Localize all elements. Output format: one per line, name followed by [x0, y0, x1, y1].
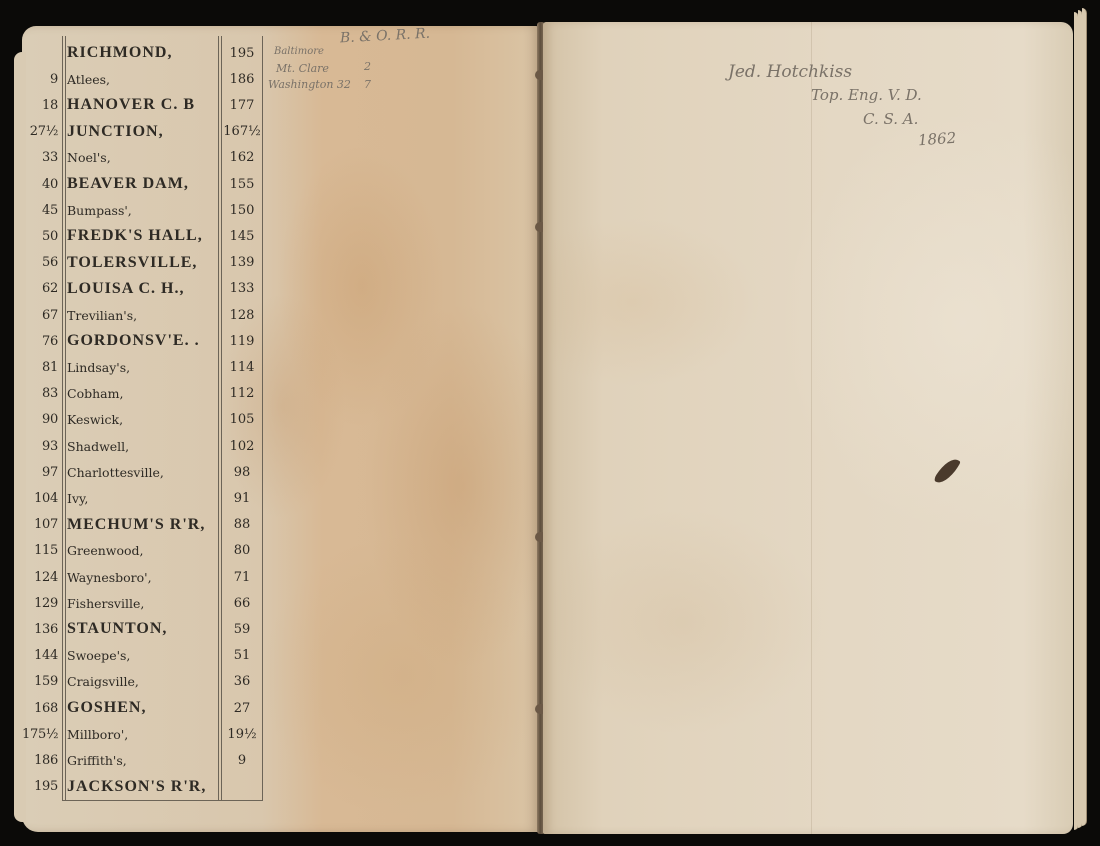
miles-to-terminus: 112: [222, 386, 262, 401]
miles-to-terminus: 128: [222, 308, 262, 323]
miles-from-richmond: 175½: [22, 727, 58, 742]
station-name: MECHUM'S R'R,: [67, 516, 217, 534]
station-name: HANOVER C. B: [67, 96, 217, 114]
table-bottom-rule: [62, 800, 263, 801]
timetable-row: 76GORDONSV'E. .119: [22, 328, 264, 354]
miles-from-richmond: 107: [22, 517, 58, 532]
station-name: Atlees,: [67, 72, 217, 87]
miles-to-terminus: 51: [222, 648, 262, 663]
miles-to-terminus: 71: [222, 570, 262, 585]
timetable-row: 62LOUISA C. H.,133: [22, 276, 264, 302]
handwritten-value: 7: [364, 78, 371, 91]
timetable-row: 115Greenwood,80: [22, 538, 264, 564]
left-page: RICHMOND,1959Atlees,18618HANOVER C. B177…: [22, 26, 540, 832]
station-name: Greenwood,: [67, 543, 217, 558]
miles-from-richmond: 93: [22, 439, 58, 454]
inscription-title: Top. Eng. V. D.: [811, 86, 922, 104]
timetable-row: 124Waynesboro',71: [22, 564, 264, 590]
miles-to-terminus: 88: [222, 517, 262, 532]
miles-from-richmond: 124: [22, 570, 58, 585]
miles-to-terminus: 102: [222, 439, 262, 454]
timetable-row: 50FREDK'S HALL,145: [22, 223, 264, 249]
miles-from-richmond: 115: [22, 543, 58, 558]
timetable-row: 27½JUNCTION,167½: [22, 119, 264, 145]
miles-to-terminus: 19½: [222, 727, 262, 742]
station-name: Trevilian's,: [67, 308, 217, 323]
station-name: FREDK'S HALL,: [67, 227, 217, 245]
miles-to-terminus: 91: [222, 491, 262, 506]
miles-from-richmond: 45: [22, 203, 58, 218]
miles-to-terminus: 98: [222, 465, 262, 480]
station-name: GORDONSV'E. .: [67, 332, 217, 350]
station-name: Waynesboro',: [67, 570, 217, 585]
inscription-affiliation: C. S. A.: [863, 110, 918, 128]
miles-from-richmond: 9: [22, 72, 58, 87]
timetable-row: 97Charlottesville,98: [22, 459, 264, 485]
miles-from-richmond: 97: [22, 465, 58, 480]
station-name: Shadwell,: [67, 439, 217, 454]
miles-to-terminus: 66: [222, 596, 262, 611]
miles-to-terminus: 133: [222, 281, 262, 296]
timetable-row: 40BEAVER DAM,155: [22, 171, 264, 197]
handwritten-line: Mt. Clare: [276, 62, 329, 75]
miles-from-richmond: 62: [22, 281, 58, 296]
station-name: Keswick,: [67, 412, 217, 427]
miles-from-richmond: 56: [22, 255, 58, 270]
miles-from-richmond: 168: [22, 701, 58, 716]
timetable-row: 104Ivy,91: [22, 485, 264, 511]
miles-from-richmond: 129: [22, 596, 58, 611]
page-edge: [1082, 8, 1087, 826]
miles-from-richmond: 159: [22, 674, 58, 689]
timetable-row: 136STAUNTON,59: [22, 616, 264, 642]
timetable-row: 186Griffith's,9: [22, 747, 264, 773]
timetable-row: 144Swoepe's,51: [22, 643, 264, 669]
miles-from-richmond: 144: [22, 648, 58, 663]
inscription-name: Jed. Hotchkiss: [728, 62, 852, 82]
miles-from-richmond: 136: [22, 622, 58, 637]
station-name: Noel's,: [67, 150, 217, 165]
timetable-row: 159Craigsville,36: [22, 669, 264, 695]
miles-to-terminus: 139: [222, 255, 262, 270]
miles-to-terminus: 36: [222, 674, 262, 689]
station-name: Ivy,: [67, 491, 217, 506]
miles-to-terminus: 155: [222, 177, 262, 192]
miles-from-richmond: 83: [22, 386, 58, 401]
station-name: Swoepe's,: [67, 648, 217, 663]
miles-to-terminus: 27: [222, 701, 262, 716]
station-name: Cobham,: [67, 386, 217, 401]
timetable-row: 195JACKSON'S R'R,: [22, 774, 264, 800]
handwritten-line: Washington 32: [268, 78, 351, 91]
miles-to-terminus: 195: [222, 46, 262, 61]
station-name: BEAVER DAM,: [67, 175, 217, 193]
handwritten-line: Baltimore: [274, 46, 324, 57]
station-name: JUNCTION,: [67, 123, 217, 141]
miles-to-terminus: 145: [222, 229, 262, 244]
timetable-row: 67Trevilian's,128: [22, 302, 264, 328]
miles-to-terminus: 167½: [222, 124, 262, 139]
miles-to-terminus: 59: [222, 622, 262, 637]
station-name: Millboro',: [67, 727, 217, 742]
miles-to-terminus: 114: [222, 360, 262, 375]
miles-from-richmond: 76: [22, 334, 58, 349]
timetable-row: 9Atlees,186: [22, 66, 264, 92]
railroad-timetable: RICHMOND,1959Atlees,18618HANOVER C. B177…: [22, 26, 264, 800]
miles-from-richmond: 33: [22, 150, 58, 165]
station-name: Fishersville,: [67, 596, 217, 611]
timetable-row: 18HANOVER C. B177: [22, 92, 264, 118]
timetable-row: 81Lindsay's,114: [22, 354, 264, 380]
station-name: Craigsville,: [67, 674, 217, 689]
station-name: Bumpass',: [67, 203, 217, 218]
miles-from-richmond: 18: [22, 98, 58, 113]
timetable-row: 33Noel's,162: [22, 145, 264, 171]
timetable-row: 107MECHUM'S R'R,88: [22, 512, 264, 538]
miles-to-terminus: 162: [222, 150, 262, 165]
station-name: Charlottesville,: [67, 465, 217, 480]
station-name: STAUNTON,: [67, 620, 217, 638]
station-name: RICHMOND,: [67, 44, 217, 62]
miles-from-richmond: 104: [22, 491, 58, 506]
miles-from-richmond: 40: [22, 177, 58, 192]
station-name: JACKSON'S R'R,: [67, 778, 217, 796]
timetable-row: 83Cobham,112: [22, 381, 264, 407]
miles-to-terminus: 9: [222, 753, 262, 768]
timetable-row: 175½Millboro',19½: [22, 721, 264, 747]
miles-from-richmond: 186: [22, 753, 58, 768]
open-notebook: RICHMOND,1959Atlees,18618HANOVER C. B177…: [0, 0, 1100, 846]
handwritten-heading: B. & O. R. R.: [340, 26, 431, 47]
station-name: Lindsay's,: [67, 360, 217, 375]
miles-from-richmond: 27½: [22, 124, 58, 139]
miles-to-terminus: 80: [222, 543, 262, 558]
timetable-row: RICHMOND,195: [22, 40, 264, 66]
miles-to-terminus: 150: [222, 203, 262, 218]
miles-to-terminus: 186: [222, 72, 262, 87]
page-fold: [811, 22, 812, 834]
timetable-row: 45Bumpass',150: [22, 197, 264, 223]
miles-from-richmond: 81: [22, 360, 58, 375]
station-name: Griffith's,: [67, 753, 217, 768]
miles-to-terminus: 119: [222, 334, 262, 349]
miles-to-terminus: 105: [222, 412, 262, 427]
station-name: GOSHEN,: [67, 699, 217, 717]
station-name: LOUISA C. H.,: [67, 280, 217, 298]
timetable-row: 168GOSHEN,27: [22, 695, 264, 721]
inscription-year: 1862: [917, 129, 956, 150]
handwritten-value: 2: [364, 60, 371, 73]
timetable-row: 129Fishersville,66: [22, 590, 264, 616]
timetable-row: 90Keswick,105: [22, 407, 264, 433]
miles-from-richmond: 195: [22, 779, 58, 794]
miles-from-richmond: 67: [22, 308, 58, 323]
miles-from-richmond: 50: [22, 229, 58, 244]
miles-to-terminus: 177: [222, 98, 262, 113]
right-page: Jed. Hotchkiss Top. Eng. V. D. C. S. A. …: [543, 22, 1073, 834]
timetable-row: 56TOLERSVILLE,139: [22, 250, 264, 276]
timetable-row: 93Shadwell,102: [22, 433, 264, 459]
station-name: TOLERSVILLE,: [67, 254, 217, 272]
miles-from-richmond: 90: [22, 412, 58, 427]
